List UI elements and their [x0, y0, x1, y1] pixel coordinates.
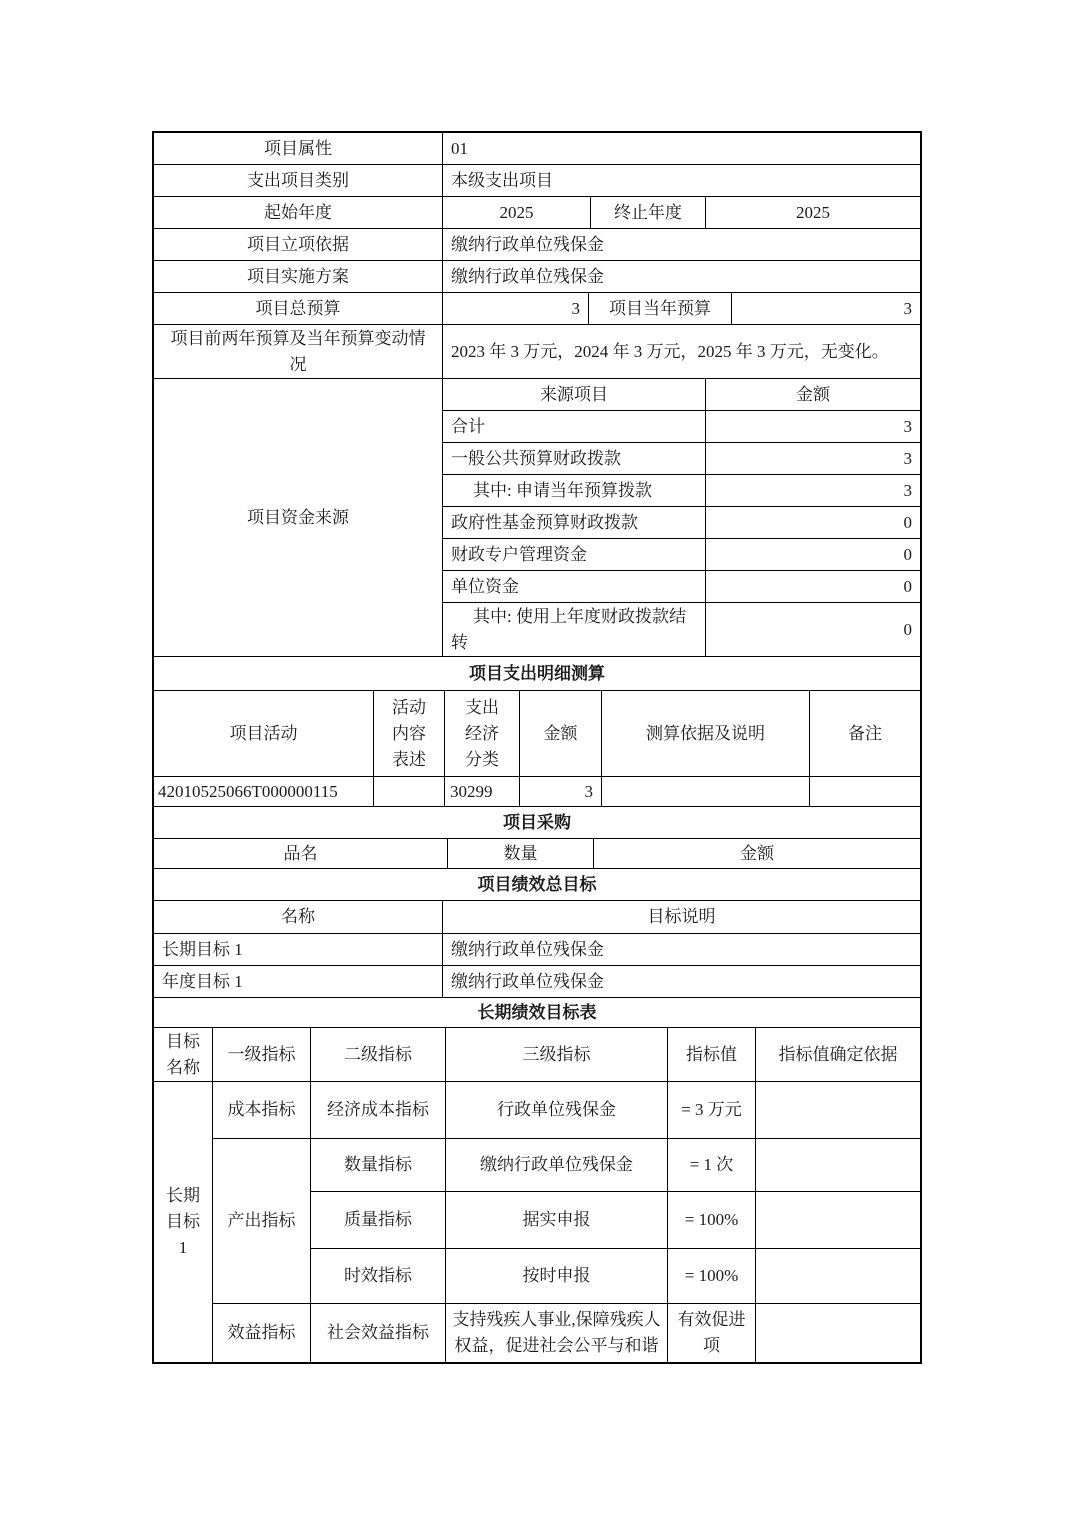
expense-title-row: 项目支出明细测算 [154, 657, 920, 691]
level3-indicator: 行政单位残保金 [446, 1082, 668, 1139]
procurement-header-row: 品名 数量 金额 [154, 839, 920, 869]
performance-header: 名称 [154, 901, 443, 934]
table-row: 项目前两年预算及当年预算变动情况 2023 年 3 万元，2024 年 3 万元… [154, 325, 920, 379]
level2-indicator: 质量指标 [311, 1192, 446, 1249]
funding-source: 单位资金 [443, 571, 706, 603]
longterm-title-row: 长期绩效目标表 [154, 998, 920, 1028]
info-value: 缴纳行政单位残保金 [443, 261, 920, 293]
funding-row: 一般公共预算财政拨款 3 [443, 443, 920, 475]
table-row: 项目属性 01 [154, 133, 920, 165]
document-page: 项目属性 01 支出项目类别 本级支出项目 起始年度 2025 终止年度 202… [0, 0, 1074, 1520]
procurement-title-row: 项目采购 [154, 807, 920, 839]
funding-row: 单位资金 0 [443, 571, 920, 603]
table-row: 项目立项依据 缴纳行政单位残保金 [154, 229, 920, 261]
start-year-value: 2025 [443, 197, 591, 229]
level1-indicator: 产出指标 [213, 1139, 311, 1304]
funding-row: 其中: 申请当年预算拨款 3 [443, 475, 920, 507]
funding-header-row: 来源项目 金额 [443, 379, 920, 411]
expense-data-row: 42010525066T000000115 30299 3 [154, 777, 920, 807]
funding-source: 合计 [443, 411, 706, 443]
expense-remark [810, 777, 920, 807]
goal-name: 年度目标 1 [154, 966, 443, 998]
level3-indicator: 据实申报 [446, 1192, 668, 1249]
longterm-header-row: 目标名称 一级指标 二级指标 三级指标 指标值 指标值确定依据 [154, 1028, 920, 1082]
longterm-body: 长期目标1 成本指标 经济成本指标 行政单位残保金 = 3 万元 产出指标 数量… [154, 1082, 920, 1362]
budget-change-value: 2023 年 3 万元，2024 年 3 万元，2025 年 3 万元，无变化。 [443, 325, 920, 379]
performance-row: 年度目标 1 缴纳行政单位残保金 [154, 966, 920, 998]
expense-header: 测算依据及说明 [602, 691, 810, 777]
performance-header-row: 名称 目标说明 [154, 901, 920, 934]
indicator-value: = 100% [668, 1249, 756, 1304]
info-label: 支出项目类别 [154, 165, 443, 197]
indicator-header: 指标值 [668, 1028, 756, 1082]
funding-row: 合计 3 [443, 411, 920, 443]
table-row: 项目总预算 3 项目当年预算 3 [154, 293, 920, 325]
indicator-basis [756, 1304, 920, 1362]
info-label: 项目实施方案 [154, 261, 443, 293]
funding-amount: 0 [706, 603, 920, 657]
budget-project-table: 项目属性 01 支出项目类别 本级支出项目 起始年度 2025 终止年度 202… [152, 131, 922, 1364]
current-year-budget-value: 3 [732, 293, 920, 325]
funding-amount: 0 [706, 507, 920, 539]
indicator-row: 数量指标 缴纳行政单位残保金 = 1 次 [311, 1139, 920, 1192]
indicator-basis [756, 1192, 920, 1249]
table-row: 支出项目类别 本级支出项目 [154, 165, 920, 197]
info-label: 项目前两年预算及当年预算变动情况 [154, 325, 443, 379]
total-budget-value: 3 [443, 293, 589, 325]
level2-indicator: 数量指标 [311, 1139, 446, 1192]
indicator-row: 效益指标 社会效益指标 支持残疾人事业,保障残疾人权益，促进社会公平与和谐 有效… [213, 1304, 920, 1362]
expense-header: 金额 [520, 691, 602, 777]
procurement-header: 金额 [594, 839, 920, 869]
indicator-value: = 3 万元 [668, 1082, 756, 1139]
table-row: 项目实施方案 缴纳行政单位残保金 [154, 261, 920, 293]
indicator-value: = 100% [668, 1192, 756, 1249]
indicator-header: 指标值确定依据 [756, 1028, 920, 1082]
level3-indicator: 支持残疾人事业,保障残疾人权益，促进社会公平与和谐 [446, 1304, 668, 1362]
goal-description: 缴纳行政单位残保金 [443, 934, 920, 966]
info-value: 本级支出项目 [443, 165, 920, 197]
level2-indicator: 时效指标 [311, 1249, 446, 1304]
funding-source: 其中: 使用上年度财政拨款结转 [443, 603, 706, 657]
info-label: 起始年度 [154, 197, 443, 229]
performance-title-row: 项目绩效总目标 [154, 869, 920, 901]
indicator-basis [756, 1249, 920, 1304]
info-value: 缴纳行政单位残保金 [443, 229, 920, 261]
funding-source-header: 来源项目 [443, 379, 706, 411]
funding-amount: 0 [706, 571, 920, 603]
indicator-basis [756, 1139, 920, 1192]
activity-content [374, 777, 445, 807]
indicator-row: 质量指标 据实申报 = 100% [311, 1192, 920, 1249]
info-label: 项目总预算 [154, 293, 443, 325]
expense-header: 活动内容表述 [374, 691, 445, 777]
info-label: 项目当年预算 [589, 293, 732, 325]
funding-section: 项目资金来源 来源项目 金额 合计 3 一般公共预算财政拨款 3 其中: 申请当… [154, 379, 920, 657]
level1-indicator: 成本指标 [213, 1082, 311, 1139]
indicator-header: 三级指标 [446, 1028, 668, 1082]
funding-label: 项目资金来源 [154, 379, 443, 657]
indicator-row: 成本指标 经济成本指标 行政单位残保金 = 3 万元 [213, 1082, 920, 1139]
info-value: 01 [443, 133, 920, 165]
longterm-rows: 成本指标 经济成本指标 行政单位残保金 = 3 万元 产出指标 数量指标 缴纳行… [213, 1082, 920, 1362]
funding-amount: 3 [706, 443, 920, 475]
info-label: 项目属性 [154, 133, 443, 165]
econ-class-code: 30299 [445, 777, 520, 807]
level2-indicator: 经济成本指标 [311, 1082, 446, 1139]
funding-source: 其中: 申请当年预算拨款 [443, 475, 706, 507]
goal-description: 缴纳行政单位残保金 [443, 966, 920, 998]
performance-header: 目标说明 [443, 901, 920, 934]
level2-indicator: 社会效益指标 [311, 1304, 446, 1362]
funding-amount: 3 [706, 411, 920, 443]
longterm-section-title: 长期绩效目标表 [154, 998, 920, 1028]
expense-header-row: 项目活动 活动内容表述 支出经济分类 金额 测算依据及说明 备注 [154, 691, 920, 777]
indicator-basis [756, 1082, 920, 1139]
funding-subtable: 来源项目 金额 合计 3 一般公共预算财政拨款 3 其中: 申请当年预算拨款 3… [443, 379, 920, 657]
performance-section-title: 项目绩效总目标 [154, 869, 920, 901]
funding-amount: 0 [706, 539, 920, 571]
procurement-header: 数量 [448, 839, 594, 869]
funding-amount: 3 [706, 475, 920, 507]
funding-source: 一般公共预算财政拨款 [443, 443, 706, 475]
goal-name: 长期目标 1 [154, 934, 443, 966]
funding-row: 其中: 使用上年度财政拨款结转 0 [443, 603, 920, 657]
procurement-header: 品名 [154, 839, 448, 869]
info-label: 项目立项依据 [154, 229, 443, 261]
longterm-goal-name: 长期目标1 [154, 1082, 213, 1362]
expense-header: 项目活动 [154, 691, 374, 777]
table-row: 起始年度 2025 终止年度 2025 [154, 197, 920, 229]
funding-row: 财政专户管理资金 0 [443, 539, 920, 571]
indicator-header: 二级指标 [311, 1028, 446, 1082]
level3-indicator: 缴纳行政单位残保金 [446, 1139, 668, 1192]
indicator-group-rows: 数量指标 缴纳行政单位残保金 = 1 次 质量指标 据实申报 = 100% [311, 1139, 920, 1304]
info-label: 终止年度 [591, 197, 706, 229]
funding-source: 财政专户管理资金 [443, 539, 706, 571]
expense-header: 备注 [810, 691, 920, 777]
performance-row: 长期目标 1 缴纳行政单位残保金 [154, 934, 920, 966]
procurement-section-title: 项目采购 [154, 807, 920, 839]
indicator-header: 一级指标 [213, 1028, 311, 1082]
level3-indicator: 按时申报 [446, 1249, 668, 1304]
expense-section-title: 项目支出明细测算 [154, 657, 920, 691]
expense-amount: 3 [520, 777, 602, 807]
funding-source: 政府性基金预算财政拨款 [443, 507, 706, 539]
level1-indicator: 效益指标 [213, 1304, 311, 1362]
expense-basis [602, 777, 810, 807]
activity-code: 42010525066T000000115 [154, 777, 374, 807]
indicator-row: 时效指标 按时申报 = 100% [311, 1249, 920, 1304]
indicator-header: 目标名称 [154, 1028, 213, 1082]
end-year-value: 2025 [706, 197, 920, 229]
indicator-value: 有效促进项 [668, 1304, 756, 1362]
expense-header: 支出经济分类 [445, 691, 520, 777]
indicator-value: = 1 次 [668, 1139, 756, 1192]
funding-amount-header: 金额 [706, 379, 920, 411]
indicator-group: 产出指标 数量指标 缴纳行政单位残保金 = 1 次 质量指标 据实申报 = 10… [213, 1139, 920, 1304]
funding-row: 政府性基金预算财政拨款 0 [443, 507, 920, 539]
